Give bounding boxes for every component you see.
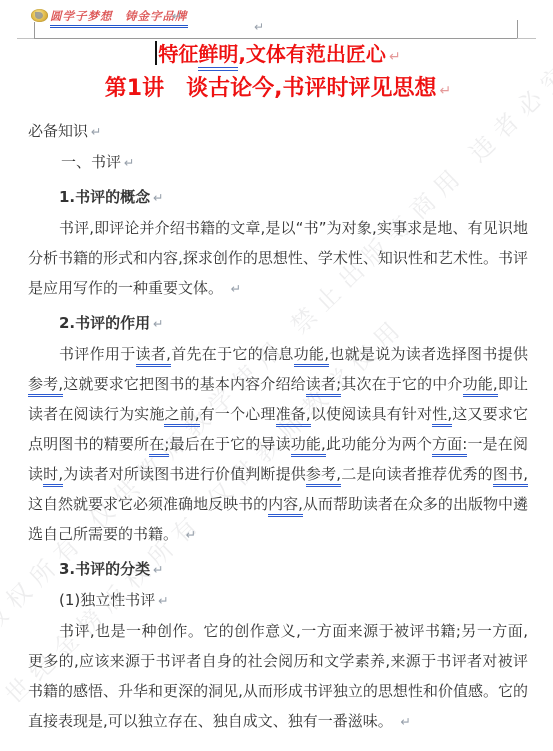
grammar-underlined-text: 准备, <box>276 405 311 427</box>
text-run: 第1讲 谈古论今,书评时评见思想 <box>105 76 437 101</box>
word-document-page: 世纪金榜版权所有 仅供教师教学使用 禁止出版等商用 违者必究世纪金榜版权所有 仅… <box>0 0 553 751</box>
text-run: 其次在于它的中介 <box>341 375 462 393</box>
paragraph-mark: ↵ <box>153 562 163 577</box>
text-run: 特征 <box>158 42 198 66</box>
header-rule-left-tick <box>17 38 35 39</box>
publisher-slogan: 圆学子梦想 铸金字品牌 <box>50 8 188 28</box>
paragraph-mark: ↵ <box>124 155 134 170</box>
grammar-underlined-text: 功能, <box>291 435 326 457</box>
paragraph-mark: ↵ <box>231 281 241 296</box>
text-run: 以使阅读具有针对 <box>311 405 432 423</box>
grammar-underlined-text: 读者; <box>306 375 341 397</box>
document-body[interactable]: 特征鲜明,文体有范出匠心↵第1讲 谈古论今,书评时评见思想↵必备知识↵一、书评↵… <box>28 40 528 737</box>
paragraph[interactable]: 书评,也是一种创作。它的创作意义,一方面来源于被评书籍;另一方面,更多的,应该来… <box>28 616 528 737</box>
text-run: 书评作用于 <box>59 345 136 363</box>
paragraph-mark: ↵ <box>153 190 163 205</box>
text-run: 首先在于它的信息 <box>171 345 294 363</box>
text-run: 必备知识 <box>28 122 88 140</box>
h3[interactable]: 3.书评的分类↵ <box>28 554 528 585</box>
paragraph-mark: ↵ <box>172 9 182 23</box>
text-run: 1.书评的概念 <box>59 188 150 206</box>
paragraph-mark: ↵ <box>153 316 163 331</box>
paragraph-mark: ↵ <box>91 124 101 139</box>
h3[interactable]: 1.书评的概念↵ <box>28 182 528 213</box>
text-run: 此功能分为两个 <box>326 435 432 453</box>
page-header: 圆学子梦想 铸金字品牌 ↵ ↵ <box>0 0 553 40</box>
paragraph[interactable]: 书评作用于读者,首先在于它的信息功能,也就是说为读者选择图书提供参考,这就要求它… <box>28 339 528 550</box>
title-main[interactable]: 特征鲜明,文体有范出匠心↵ <box>28 40 528 72</box>
title-sub[interactable]: 第1讲 谈古论今,书评时评见思想↵ <box>28 72 528 108</box>
text-run: 这就要求它把图书的基本内容介绍给 <box>63 375 306 393</box>
text-run: 一、书评 <box>61 153 121 171</box>
grammar-underlined-text: 读者, <box>136 345 171 367</box>
paragraph-mark: ↵ <box>401 714 411 729</box>
list-head[interactable]: 一、书评↵ <box>28 147 528 178</box>
header-rule-right-corner <box>517 20 518 38</box>
grammar-underlined-text: 参考, <box>28 375 63 397</box>
grammar-underlined-text: 时, <box>43 465 63 487</box>
text-run: 有一个心理 <box>200 405 276 423</box>
text-run: 书评,也是一种创作。它的创作意义,一方面来源于被评书籍;另一方面,更多的,应该来… <box>28 622 528 730</box>
header-rule-left-corner <box>34 22 35 38</box>
grammar-underlined-text: 图书, <box>493 465 528 487</box>
publisher-logo-icon <box>31 9 48 22</box>
paragraph-mark: ↵ <box>439 83 451 99</box>
grammar-underlined-text: 在; <box>149 435 169 457</box>
paragraph-mark: ↵ <box>186 527 196 542</box>
grammar-underlined-text: 功能, <box>463 375 498 397</box>
text-run: 也就是说为读者选择图书提供 <box>329 345 528 363</box>
grammar-underlined-text: 性, <box>432 405 452 427</box>
h3[interactable]: 2.书评的作用↵ <box>28 308 528 339</box>
grammar-underlined-text: 功能, <box>294 345 329 367</box>
grammar-underlined-text: 鲜明 <box>198 42 238 71</box>
list-sub[interactable]: (1)独立性书评↵ <box>28 585 528 616</box>
text-run: ,文体有范出匠心 <box>238 42 386 66</box>
label[interactable]: 必备知识↵ <box>28 116 528 147</box>
header-rule <box>34 38 517 39</box>
grammar-underlined-text: 方面: <box>432 435 467 457</box>
header-rule-right-tick <box>517 38 536 39</box>
text-run: 书评,即评论并介绍书籍的文章,是以“书”为对象,实事求是地、有见识地分析书籍的形… <box>28 219 528 297</box>
text-run: 3.书评的分类 <box>59 560 150 578</box>
paragraph-mark: ↵ <box>254 20 264 34</box>
paragraph-mark: ↵ <box>158 593 168 608</box>
paragraph[interactable]: 书评,即评论并介绍书籍的文章,是以“书”为对象,实事求是地、有见识地分析书籍的形… <box>28 213 528 304</box>
grammar-underlined-text: 内容, <box>268 495 303 517</box>
text-run: 这自然就要求它必须准确地反映书的 <box>28 495 268 513</box>
text-run: 为读者对所读图书进行价值判断提供 <box>63 465 306 483</box>
grammar-underlined-text: 参考, <box>306 465 341 487</box>
text-run: 2.书评的作用 <box>59 314 150 332</box>
text-run: 二是向读者推荐优秀的 <box>341 465 493 483</box>
text-run: 最后在于它的导读 <box>169 435 290 453</box>
paragraph-mark: ↵ <box>389 49 401 65</box>
text-run: (1)独立性书评 <box>59 591 155 609</box>
grammar-underlined-text: 之前, <box>164 405 199 427</box>
